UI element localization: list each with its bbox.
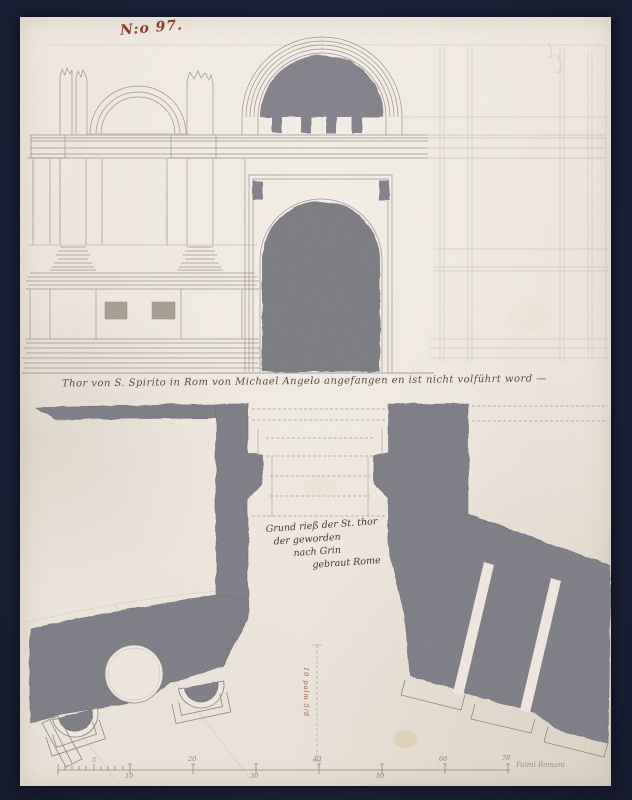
- plan-note-inscription: Grund rieß der St. thor der geworden nac…: [265, 515, 381, 575]
- paper-grain: [20, 17, 611, 786]
- scale-tick-label: 30: [250, 772, 258, 780]
- scale-tick-label: 5: [92, 756, 96, 764]
- drawing-sheet: N:o 97. Thor von S. Spirito in Rom von M…: [20, 17, 611, 786]
- museum-photo-mat: { "artwork": { "inscriptions": { "number…: [0, 0, 632, 800]
- architectural-drawing-svg: [20, 17, 611, 786]
- scale-tick-label: 70: [502, 754, 510, 762]
- scale-tick-label: 10: [125, 772, 133, 780]
- scale-tick-label: 40: [313, 755, 321, 763]
- scale-tick-label: 60: [439, 755, 447, 763]
- measurement-note: 10 palm 5/8: [302, 667, 310, 717]
- scale-tick-label: 20: [188, 755, 196, 763]
- scale-unit-label: Palmi Romani: [516, 761, 565, 769]
- scale-tick-label: 50: [376, 772, 384, 780]
